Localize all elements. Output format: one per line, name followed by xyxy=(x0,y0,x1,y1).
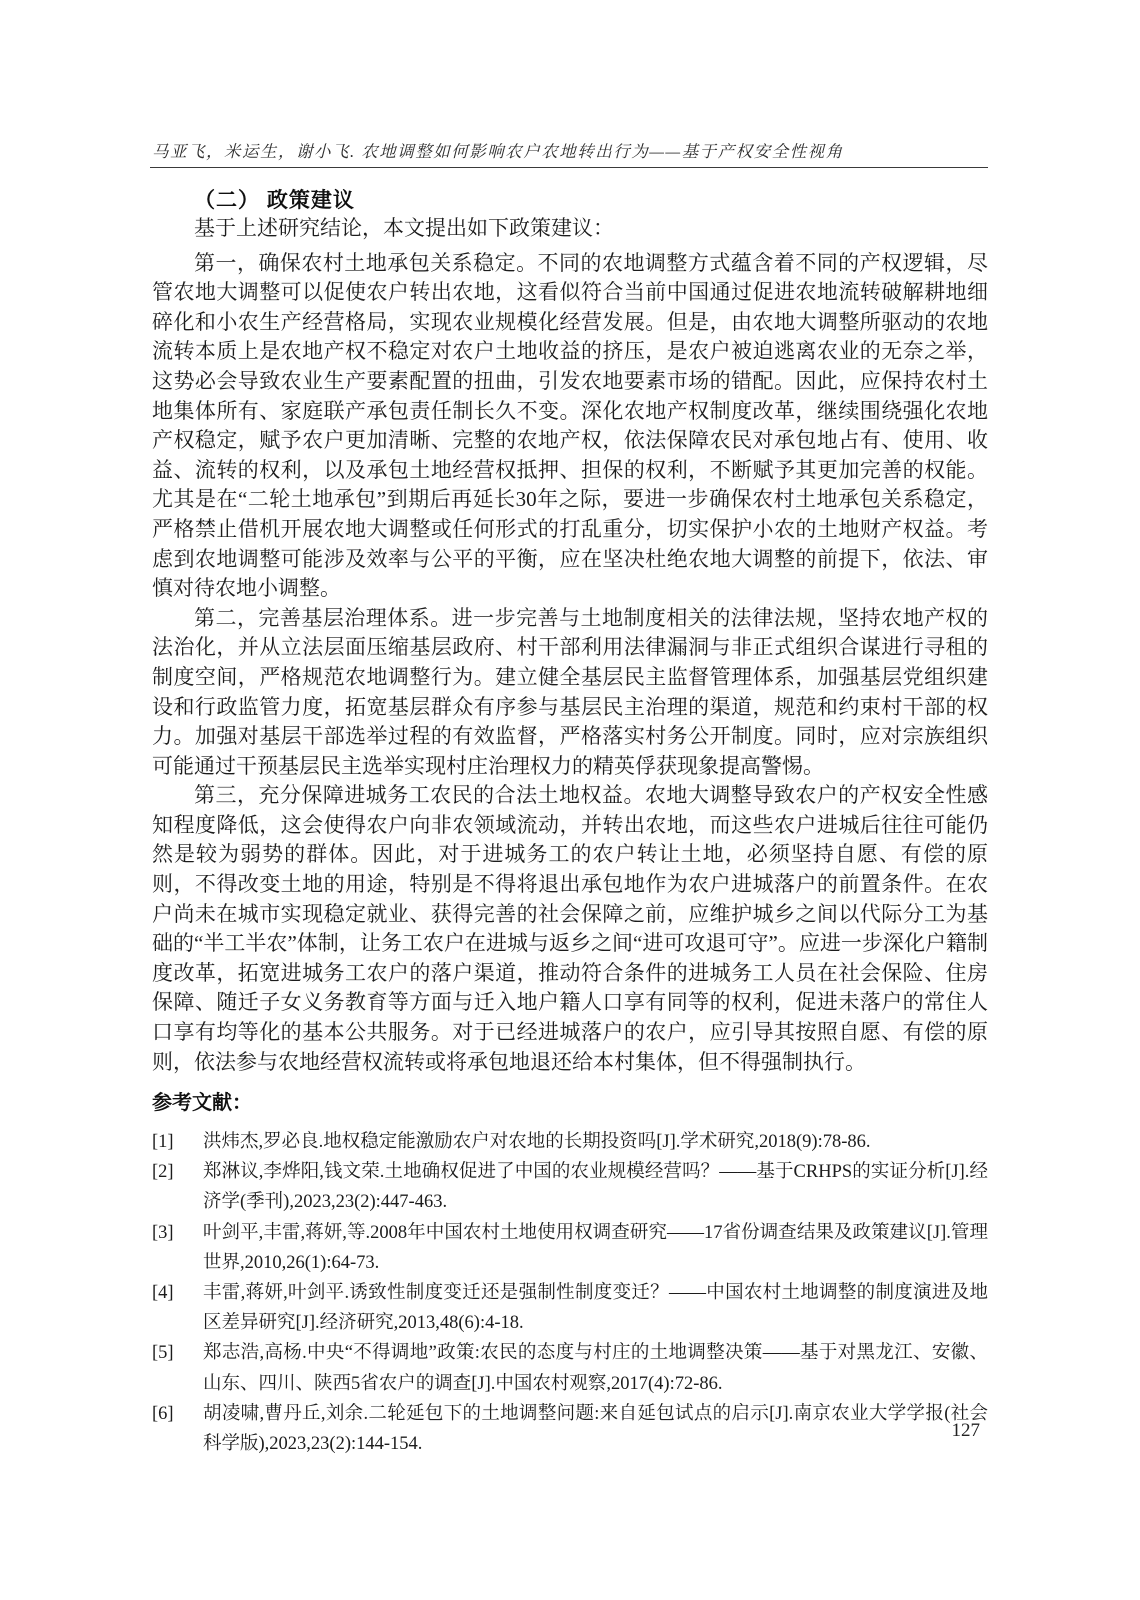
policy-paragraph-2: 第二，完善基层治理体系。进一步完善与土地制度相关的法律法规，坚持农地产权的法治化… xyxy=(152,604,988,782)
reference-label: [2] xyxy=(152,1157,196,1187)
reference-label: [1] xyxy=(152,1127,196,1157)
reference-text: 丰雷,蒋妍,叶剑平.诱致性制度变迁还是强制性制度变迁？——中国农村土地调整的制度… xyxy=(203,1283,988,1333)
reference-item: [2] 郑淋议,李烨阳,钱文荣.土地确权促进了中国的农业规模经营吗？——基于CR… xyxy=(152,1157,988,1217)
page-number: 127 xyxy=(152,1420,980,1442)
reference-item: [3] 叶剑平,丰雷,蒋妍,等.2008年中国农村土地使用权调查研究——17省份… xyxy=(152,1218,988,1278)
policy-paragraph-1: 第一，确保农村土地承包关系稳定。不同的农地调整方式蕴含着不同的产权逻辑，尽管农地… xyxy=(152,249,988,604)
policy-paragraph-3: 第三，充分保障进城务工农民的合法土地权益。农地大调整导致农户的产权安全性感知程度… xyxy=(152,781,988,1077)
reference-text: 郑志浩,高杨.中央“不得调地”政策:农民的态度与村庄的土地调整决策——基于对黑龙… xyxy=(203,1343,988,1393)
reference-label: [4] xyxy=(152,1278,196,1308)
references-section: 参考文献： [1] 洪炜杰,罗必良.地权稳定能激励农户对农地的长期投资吗[J].… xyxy=(152,1086,988,1459)
journal-page: 马亚飞，米运生，谢小飞. 农地调整如何影响农户农地转出行为——基于产权安全性视角… xyxy=(0,0,1140,1600)
reference-label: [5] xyxy=(152,1338,196,1368)
reference-text: 郑淋议,李烨阳,钱文荣.土地确权促进了中国的农业规模经营吗？——基于CRHPS的… xyxy=(203,1162,988,1212)
main-content: 基于上述研究结论，本文提出如下政策建议： 第一，确保农村土地承包关系稳定。不同的… xyxy=(152,214,988,1077)
section-heading: （二） 政策建议 xyxy=(194,184,355,214)
intro-paragraph: 基于上述研究结论，本文提出如下政策建议： xyxy=(152,214,988,244)
reference-list: [1] 洪炜杰,罗必良.地权稳定能激励农户对农地的长期投资吗[J].学术研究,2… xyxy=(152,1127,988,1459)
reference-item: [4] 丰雷,蒋妍,叶剑平.诱致性制度变迁还是强制性制度变迁？——中国农村土地调… xyxy=(152,1278,988,1338)
reference-item: [5] 郑志浩,高杨.中央“不得调地”政策:农民的态度与村庄的土地调整决策——基… xyxy=(152,1338,988,1398)
reference-text: 叶剑平,丰雷,蒋妍,等.2008年中国农村土地使用权调查研究——17省份调查结果… xyxy=(203,1223,988,1273)
reference-text: 洪炜杰,罗必良.地权稳定能激励农户对农地的长期投资吗[J].学术研究,2018(… xyxy=(203,1132,871,1152)
running-head: 马亚飞，米运生，谢小飞. 农地调整如何影响农户农地转出行为——基于产权安全性视角 xyxy=(152,138,988,162)
header-divider xyxy=(150,167,988,168)
reference-label: [3] xyxy=(152,1218,196,1248)
references-heading: 参考文献： xyxy=(152,1086,988,1115)
reference-item: [1] 洪炜杰,罗必良.地权稳定能激励农户对农地的长期投资吗[J].学术研究,2… xyxy=(152,1127,988,1157)
